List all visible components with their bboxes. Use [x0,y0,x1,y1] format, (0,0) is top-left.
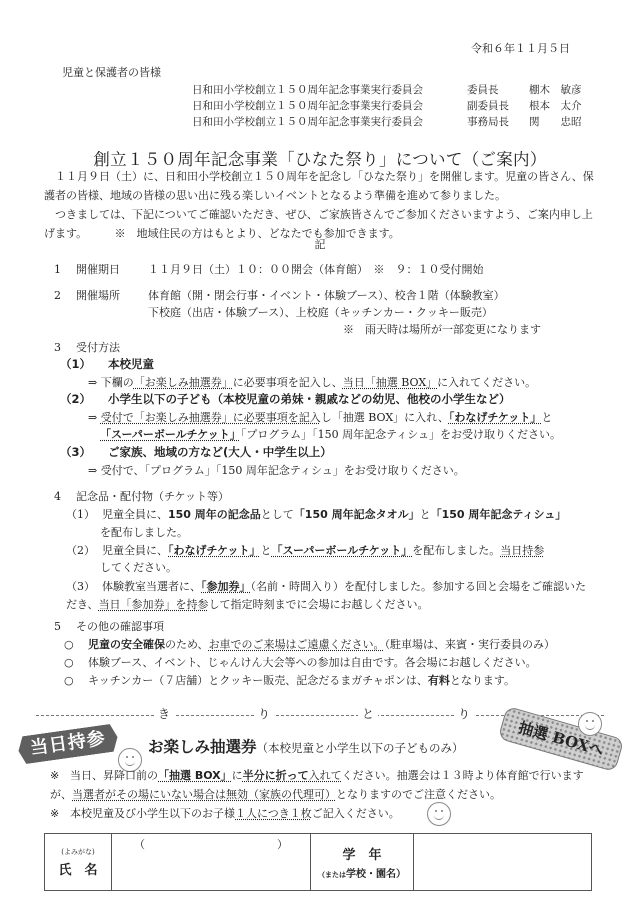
reception-item-1-text: ⇒ 下欄の「お楽しみ抽選券」に必要事項を記入し、当日「抽選 BOX」に入れてくだ… [88,374,536,390]
sender-name: 棚木 敏彦 [529,82,609,97]
reception-item-1-heading: （1）本校児童 [60,356,154,372]
section-4: 4記念品・配付物（チケット等） [54,488,229,504]
sender-org: 日和田小学校創立１５０周年記念事業実行委員会 [192,82,467,97]
cut-char: き [154,705,174,722]
cut-char: り [454,705,474,722]
section-label: 受付方法 [76,341,120,354]
section-label: 記念品・配付物（チケット等） [76,490,229,503]
section-number: 4 [54,490,76,503]
section-1: 1開催期日１１月９日（土）１０：００開会（体育館） ※ ９：１０受付開始 [54,261,484,277]
gift-item-3: （3）体験教室当選者に、「参加券」（名前・時間入り）を配付しました。参加する回と… [66,578,586,614]
sender-line: 日和田小学校創立１５０周年記念事業実行委員会事務局長関 忠昭 [192,114,609,129]
circle-bullet-icon: ○ [64,674,88,687]
lottery-note-1: ※当日、昇降口前の「抽選 BOX」に半分に折って入れてください。抽選会は１３時よ… [50,766,595,804]
section-label: その他の確認事項 [76,620,164,633]
venue-rain-note: ※ 雨天時は場所が一部変更になります [343,321,541,337]
document-date: 令和６年１１月５日 [471,40,570,56]
sender-name: 関 忠昭 [529,114,609,129]
ki-heading: 記 [0,236,640,252]
grade-label-cell: 学 年 （または学校・園名） [311,834,414,891]
gift-item-1-cont: を配布しました。 [100,524,188,540]
sender-org: 日和田小学校創立１５０周年記念事業実行委員会 [192,98,467,113]
sender-role: 事務局長 [467,114,529,129]
section-number: 2 [54,289,76,302]
sender-role: 副委員長 [467,98,529,113]
sender-line: 日和田小学校創立１５０周年記念事業実行委員会委員長棚木 敏彦 [192,82,609,97]
sender-line: 日和田小学校創立１５０周年記念事業実行委員会副委員長根本 太介 [192,98,609,113]
name-input-cell[interactable]: （ ） [112,834,311,891]
reception-item-2-text-cont: 「スーパーボールチケット」「プログラム」「150 周年記念ティシュ」をお受け取り… [100,426,561,442]
venue-line-2: 下校庭（出店・体験ブース）、上校庭（キッチンカー・クッキー販売） [148,304,493,320]
lottery-form-table: (よみがな) 氏 名 （ ） 学 年 （または学校・園名） [44,833,592,891]
section-label: 開催場所 [76,287,148,303]
bring-on-the-day-badge: 当日持参 [17,723,120,765]
lottery-subtitle: （本校児童と小学生以下の子どものみ） [257,741,464,755]
reception-item-3-heading: （3）ご家族、地域の方など(大人・中学生以上） [60,444,332,460]
sender-role: 委員長 [467,82,529,97]
lottery-note-2: ※本校児童及び小学生以下のお子様１人につき１枚ご記入ください。 [50,805,400,821]
sender-org: 日和田小学校創立１５０周年記念事業実行委員会 [192,114,467,129]
reading-paren-close: ） [277,836,288,852]
section-number: 3 [54,341,76,354]
note-item: ○児童の安全確保のため、お車でのご来場はご遠慮ください。（駐車場は、来賓・実行委… [64,636,555,652]
lottery-title: お楽しみ抽選券（本校児童と小学生以下の子どものみ） [148,735,464,757]
name-label-cell: (よみがな) 氏 名 [45,834,112,891]
grade-input-cell[interactable] [414,834,592,891]
grade-sub-label: （または学校・園名） [311,865,413,880]
venue-line-1: 体育館（開・閉会行事・イベント・体験ブース）、校舎１階（体験教室） [148,289,505,302]
section-number: 1 [54,263,76,276]
note-mark: ※ [50,766,70,785]
reception-item-2-text: ⇒ 受付で「お楽しみ抽選券」に必要事項を記入し「抽選 BOX」に入れ、「わなげチ… [88,409,552,425]
smiley-icon [427,802,451,826]
event-date-value: １１月９日（土）１０：００開会（体育館） ※ ９：１０受付開始 [148,263,484,276]
circle-bullet-icon: ○ [64,656,88,669]
smiley-icon [578,712,602,736]
section-5: 5その他の確認事項 [54,618,164,634]
intro-paragraph-1: １１月９日（土）に、日和田小学校創立１５０周年を記念し「ひなた祭り」を開催します… [44,167,599,205]
section-2: 2開催場所体育館（開・閉会行事・イベント・体験ブース）、校舎１階（体験教室） [54,287,505,303]
note-item: ○キッチンカー（７店舗）とクッキー販売、記念だるまガチャポンは、有料となります。 [64,672,515,688]
cut-char: り [254,705,274,722]
note-mark: ※ [50,807,70,820]
reception-item-2-heading: （2）小学生以下の子ども（本校児童の弟妹・親戚などの幼児、他校の小学生など） [60,391,511,407]
reception-item-3-text: ⇒ 受付で、「プログラム」「150 周年記念ティシュ」をお受け取りください。 [88,462,465,478]
cut-char: と [358,705,378,722]
circle-bullet-icon: ○ [64,638,88,651]
section-3: 3受付方法 [54,339,120,355]
section-number: 5 [54,620,76,633]
note-item: ○体験ブース、イベント、じゃんけん大会等への参加は自由です。各会場にお越しくださ… [64,654,537,670]
addressee: 児童と保護者の皆様 [62,64,161,80]
grade-label: 学 年 [342,848,381,863]
name-ruby-label: (よみがな) [45,847,111,857]
gift-item-2-cont: してください。 [100,559,177,575]
sender-name: 根本 太介 [529,98,609,113]
reading-paren-open: （ [134,836,145,852]
name-label: 氏 名 [58,863,97,878]
gift-item-2: （2）児童全員に、「わなげチケット」と「スーパーボールチケット」を配布しました。… [66,542,544,558]
gift-item-1: （1）児童全員に、150 周年の記念品として「150 周年記念タオル」と「150… [66,506,566,522]
section-label: 開催期日 [76,261,148,277]
